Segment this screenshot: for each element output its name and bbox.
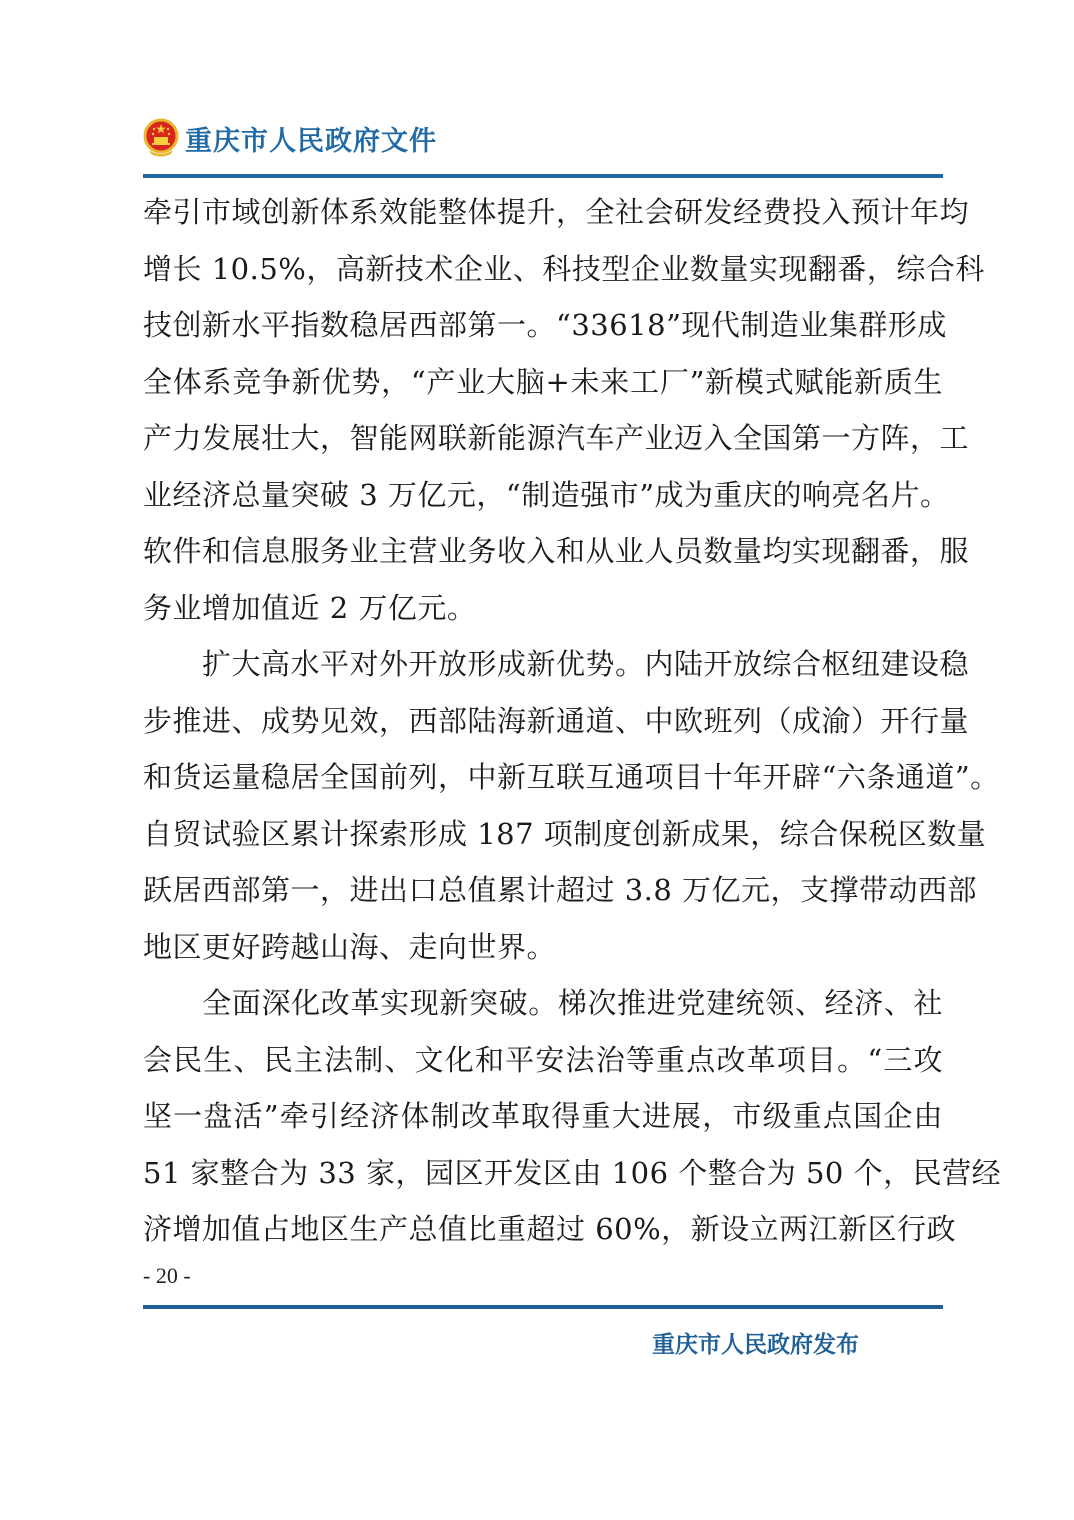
- text-line: 和货运量稳居全国前列，中新互联互通项目十年开辟“六条通道”。: [143, 749, 943, 806]
- text-line: 跃居西部第一，进出口总值累计超过 3.8 万亿元，支撑带动西部: [143, 862, 943, 919]
- text-line: 地区更好跨越山海、走向世界。: [143, 919, 943, 976]
- text-line: 软件和信息服务业主营业务收入和从业人员数量均实现翻番，服: [143, 523, 943, 580]
- text-line: 业经济总量突破 3 万亿元，“制造强市”成为重庆的响亮名片。: [143, 467, 943, 524]
- footer-publisher: 重庆市人民政府发布: [652, 1326, 859, 1359]
- page-number: - 20 -: [143, 1263, 191, 1289]
- document-header: 重庆市人民政府文件: [143, 118, 437, 158]
- text-line: 会民生、民主法制、文化和平安法治等重点改革项目。“三攻: [143, 1032, 943, 1089]
- national-emblem-icon: [143, 118, 179, 158]
- paragraph-heading-line: 扩大高水平对外开放形成新优势。内陆开放综合枢纽建设稳: [143, 636, 943, 693]
- header-title: 重庆市人民政府文件: [185, 119, 437, 158]
- document-body: 牵引市域创新体系效能整体提升，全社会研发经费投入预计年均 增长 10.5%，高新…: [143, 184, 943, 1258]
- text-line: 产力发展壮大，智能网联新能源汽车产业迈入全国第一方阵，工: [143, 410, 943, 467]
- text-line: 增长 10.5%，高新技术企业、科技型企业数量实现翻番，综合科: [143, 241, 943, 298]
- text-line: 技创新水平指数稳居西部第一。“33618”现代制造业集群形成: [143, 297, 943, 354]
- text-line: 务业增加值近 2 万亿元。: [143, 580, 943, 637]
- text-line: 自贸试验区累计探索形成 187 项制度创新成果，综合保税区数量: [143, 806, 943, 863]
- text-line: 51 家整合为 33 家，园区开发区由 106 个整合为 50 个，民营经: [143, 1145, 943, 1202]
- text-line: 牵引市域创新体系效能整体提升，全社会研发经费投入预计年均: [143, 184, 943, 241]
- text-line: 济增加值占地区生产总值比重超过 60%，新设立两江新区行政: [143, 1201, 943, 1258]
- header-divider: [143, 174, 943, 178]
- paragraph-heading-line: 全面深化改革实现新突破。梯次推进党建统领、经济、社: [143, 975, 943, 1032]
- text-line: 全体系竞争新优势，“产业大脑+未来工厂”新模式赋能新质生: [143, 354, 943, 411]
- text-line: 步推进、成势见效，西部陆海新通道、中欧班列（成渝）开行量: [143, 693, 943, 750]
- footer-divider: [143, 1305, 943, 1309]
- text-line: 坚一盘活”牵引经济体制改革取得重大进展，市级重点国企由: [143, 1088, 943, 1145]
